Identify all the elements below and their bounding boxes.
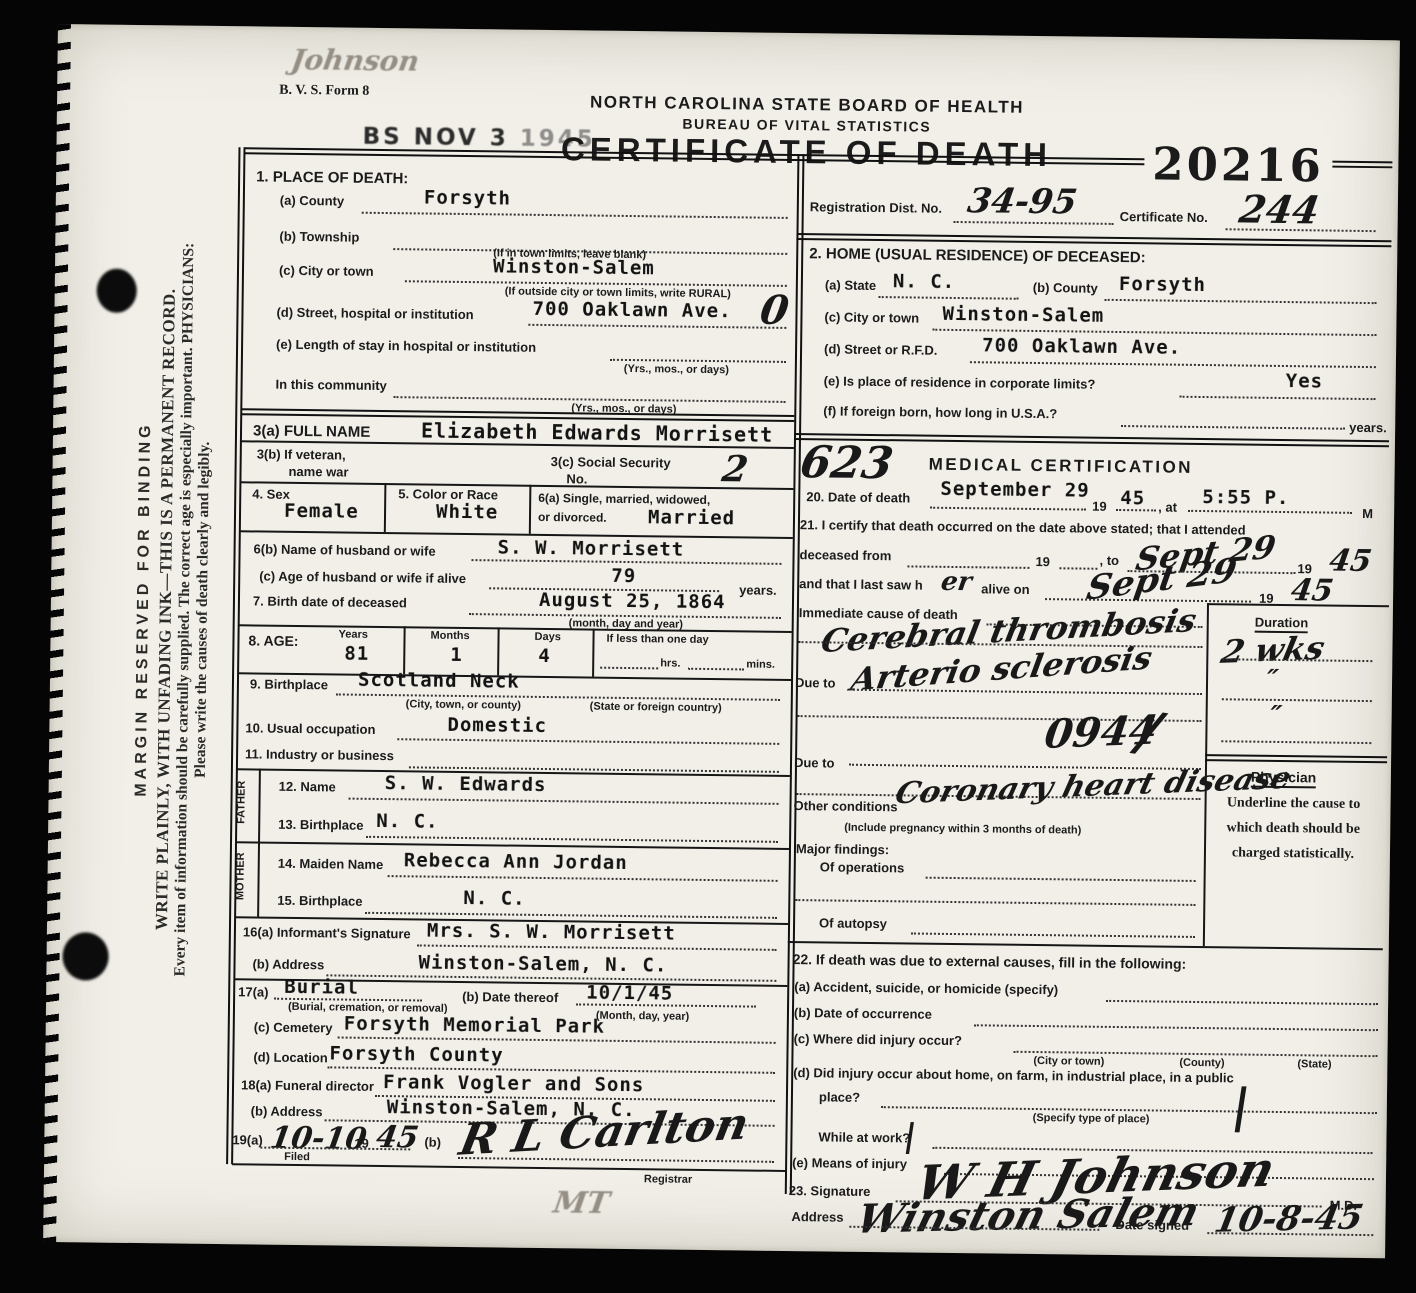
- stay-label: (e) Length of stay in hospital or instit…: [276, 337, 536, 355]
- cemetery-label: (c) Cemetery: [254, 1019, 333, 1035]
- fill-line: [911, 932, 1195, 937]
- age-days-value: 4: [538, 645, 551, 667]
- dod-year-pre: 19: [1092, 499, 1107, 514]
- date-signed-label: Date signed: [1115, 1217, 1189, 1233]
- age-years-value: 81: [344, 643, 369, 665]
- spouse-age-suffix: years.: [739, 582, 777, 597]
- fill-line: [930, 507, 1086, 511]
- marital-value: Married: [648, 506, 735, 529]
- fill-line: [397, 738, 779, 745]
- city-label: (c) City or town: [279, 263, 374, 279]
- marital-label: 6(a) Single, married, widowed,: [538, 491, 710, 507]
- binding-margin-text: MARGIN RESERVED FOR BINDING WRITE PLAINL…: [128, 63, 218, 1156]
- burial-type-value: Burial: [284, 976, 359, 999]
- stay-note: (Yrs., mos., or days): [624, 363, 729, 376]
- certify-statement: 21. I certify that death occurred on the…: [800, 517, 1246, 537]
- section-line: [788, 941, 1383, 950]
- burial-date-value: 10/1/45: [586, 982, 673, 1005]
- alive-on-label: alive on: [981, 581, 1030, 597]
- other-conditions-note: (Include pregnancy within 3 months of de…: [844, 822, 1081, 837]
- filed-label-a: 19(a): [232, 1132, 263, 1147]
- spouse-value: S. W. Morrisett: [498, 536, 685, 560]
- medical-certification-heading: MEDICAL CERTIFICATION: [929, 455, 1194, 478]
- birthplace-note-2: (State or foreign country): [590, 701, 722, 715]
- attended-from-label: deceased from: [799, 547, 891, 563]
- form-number: B. V. S. Form 8: [279, 83, 369, 100]
- birthplace-label: 9. Birthplace: [250, 676, 328, 692]
- certificate-no-value: 244: [1236, 186, 1322, 232]
- fill-line: [366, 836, 778, 843]
- fill-line: [974, 1024, 1378, 1031]
- corporate-limits-label: (e) Is place of residence in corporate l…: [824, 373, 1096, 391]
- major-findings-label: Major findings:: [796, 841, 889, 857]
- burial-location-label: (d) Location: [253, 1049, 328, 1065]
- funeral-director-value: Frank Vogler and Sons: [383, 1071, 644, 1096]
- age-box-top: [239, 624, 792, 633]
- signature-label: 23. Signature: [789, 1183, 871, 1199]
- age-hrs-label: hrs.: [660, 657, 680, 669]
- fill-line: [954, 221, 1114, 225]
- sig-address-handwritten: Winston Salem: [852, 1188, 1205, 1242]
- certificate-form: Johnson B. V. S. Form 8 BS NOV 3 1945 NO…: [231, 26, 1400, 1255]
- external-e-label: (e) Means of injury: [792, 1155, 907, 1171]
- of-autopsy-label: Of autopsy: [819, 915, 887, 931]
- age-less-label: If less than one day: [606, 633, 708, 646]
- burial-date-label: (b) Date thereof: [462, 989, 558, 1005]
- home-city-label: (c) City or town: [824, 309, 919, 325]
- external-d-label-2: place?: [819, 1089, 860, 1105]
- stray-pen-mark-2: |: [1229, 1078, 1254, 1132]
- date-of-death-label: 20. Date of death: [806, 489, 910, 505]
- fill-line: [1116, 509, 1156, 511]
- fill-line: [688, 668, 744, 671]
- age-heading: 8. AGE:: [248, 632, 298, 649]
- informant-sig-value: Mrs. S. W. Morrisett: [427, 920, 676, 945]
- birthplace-value: Scotland Neck: [358, 669, 520, 693]
- ditto-mark-2: ″: [1267, 701, 1283, 731]
- dod-time-value: 5:55 P.: [1202, 486, 1289, 509]
- cell-line: [592, 629, 595, 677]
- mother-birthplace-value: N. C.: [463, 887, 525, 910]
- cell-line: [497, 627, 500, 675]
- home-street-value: 700 Oaklawn Ave.: [982, 334, 1181, 358]
- county-label: (a) County: [280, 193, 344, 209]
- fill-line: [362, 212, 788, 219]
- spouse-label: 6(b) Name of husband or wife: [254, 541, 436, 558]
- certificate-page: MARGIN RESERVED FOR BINDING WRITE PLAINL…: [43, 24, 1400, 1258]
- home-street-label: (d) Street or R.F.D.: [824, 341, 938, 357]
- fill-line: [795, 899, 1195, 906]
- birthdate-label: 7. Birth date of deceased: [253, 593, 407, 610]
- ditto-mark-1: ″: [1264, 665, 1280, 695]
- torn-edge: [39, 24, 71, 1242]
- age-months-value: 1: [450, 644, 463, 666]
- father-name-label: 12. Name: [279, 779, 336, 795]
- external-c-note-3: (State): [1297, 1058, 1331, 1070]
- corporate-limits-value: Yes: [1286, 370, 1324, 392]
- age-mins-label: mins.: [746, 658, 775, 670]
- external-b-label: (b) Date of occurrence: [794, 1005, 932, 1022]
- dod-m-label: M: [1362, 506, 1373, 521]
- city-value: Winston-Salem: [493, 255, 655, 279]
- place-of-death-heading: 1. PLACE OF DEATH:: [256, 168, 408, 187]
- marital-label-2: or divorced.: [538, 510, 607, 525]
- fill-line: [600, 667, 658, 670]
- fill-line: [528, 324, 786, 329]
- township-label: (b) Township: [279, 229, 359, 245]
- occupation-value: Domestic: [447, 714, 547, 737]
- industry-label: 11. Industry or business: [245, 746, 394, 763]
- fill-line: [1221, 740, 1371, 744]
- sig-address-label: Address: [791, 1209, 843, 1225]
- due-to-1-label: Due to: [795, 675, 836, 690]
- fill-line: [1121, 425, 1345, 430]
- fill-line: [417, 944, 777, 950]
- mother-birthplace-label: 15. Birthplace: [277, 893, 362, 909]
- informant-addr-value: Winston-Salem, N. C.: [418, 951, 667, 976]
- cell-line: [384, 483, 387, 532]
- date-of-death-value: September 29: [940, 478, 1090, 502]
- fill-line: [388, 875, 778, 882]
- age-days-label: Days: [534, 631, 560, 643]
- fill-line: [349, 798, 779, 805]
- fill-line: [970, 361, 1376, 368]
- external-a-label: (a) Accident, suicide, or homicide (spec…: [794, 979, 1058, 997]
- birthdate-value: August 25, 1864: [539, 589, 726, 613]
- father-birthplace-label: 13. Birthplace: [278, 817, 363, 833]
- informant-sig-label: 16(a) Informant's Signature: [243, 924, 411, 941]
- due-to-2-label: Due to: [794, 755, 835, 770]
- county-value: Forsyth: [424, 186, 511, 209]
- home-heading: 2. HOME (USUAL RESIDENCE) OF DECEASED:: [809, 245, 1146, 266]
- row-line: [236, 841, 789, 850]
- full-name-label: 3(a) FULL NAME: [253, 422, 370, 440]
- veteran-label: 3(b) If veteran,: [257, 446, 346, 462]
- ssn-label-2: No.: [566, 471, 587, 486]
- burial-type-label: 17(a): [238, 984, 269, 999]
- stray-pen-mark-1: |: [902, 1116, 919, 1154]
- external-d-note: (Specify type of place): [1033, 1112, 1150, 1125]
- foreign-born-suffix: years.: [1349, 420, 1387, 435]
- father-birthplace-value: N. C.: [376, 810, 438, 833]
- pencil-annotation-name: Johnson: [289, 43, 421, 77]
- saw-er-handwritten: er: [939, 567, 974, 597]
- row-line: [240, 481, 793, 490]
- filed-label-b: (b): [424, 1135, 441, 1150]
- race-value: White: [436, 501, 498, 524]
- ssn-handwritten: 2: [719, 448, 750, 490]
- mother-side-label: MOTHER: [234, 851, 247, 901]
- last-saw-label: and that I last saw h: [799, 576, 923, 593]
- registration-dist-label: Registration Dist. No.: [810, 199, 942, 216]
- external-c-label: (c) Where did injury occur?: [794, 1031, 962, 1048]
- fill-line: [1222, 698, 1372, 702]
- spouse-age-label: (c) Age of husband or wife if alive: [259, 569, 466, 587]
- home-state-value: N. C.: [893, 270, 955, 293]
- form-bottom-line: [232, 1163, 785, 1172]
- birthplace-note-1: (City, town, or county): [406, 698, 521, 711]
- veteran-label-2: name war: [288, 464, 348, 480]
- burial-location-value: Forsyth County: [329, 1042, 503, 1066]
- from-19: 19: [1035, 554, 1050, 569]
- other-conditions-label: Other conditions: [793, 798, 897, 814]
- ssn-label: 3(c) Social Security: [551, 454, 671, 470]
- external-causes-heading: 22. If death was due to external causes,…: [793, 951, 1187, 972]
- of-operations-label: Of operations: [820, 859, 905, 875]
- fill-line: [879, 296, 1019, 300]
- dod-year-value: 45: [1120, 487, 1145, 509]
- registration-dist-value: 34-95: [965, 181, 1080, 222]
- external-d-label: (d) Did injury occur about home, on farm…: [793, 1065, 1234, 1085]
- community-label: In this community: [276, 377, 387, 393]
- form-left-border: [226, 147, 245, 1164]
- while-at-work-label: While at work?: [818, 1129, 910, 1145]
- fill-line: [926, 877, 1196, 882]
- father-side-label: FATHER: [235, 777, 248, 827]
- punch-hole-bottom: [62, 932, 109, 981]
- fill-line: [336, 693, 780, 700]
- burial-date-note: (Month, day, year): [596, 1010, 689, 1023]
- registrar-note: Registrar: [644, 1173, 692, 1186]
- home-county-value: Forsyth: [1119, 273, 1206, 296]
- father-name-value: S. W. Edwards: [385, 772, 547, 796]
- physician-note: Underline the cause to which death shoul…: [1214, 790, 1373, 867]
- fill-line: [576, 1003, 756, 1007]
- informant-addr-label: (b) Address: [252, 956, 324, 972]
- physician-box-top: [1205, 754, 1387, 763]
- funeral-addr-label: (b) Address: [251, 1103, 323, 1119]
- external-c-note-1: (City or town): [1033, 1055, 1104, 1068]
- filed-note: Filed: [284, 1151, 310, 1163]
- age-years-label: Years: [338, 628, 368, 640]
- fill-line: [1105, 299, 1377, 304]
- home-city-value: Winston-Salem: [942, 303, 1104, 327]
- home-county-label: (b) County: [1033, 280, 1098, 296]
- street-value: 700 Oaklawn Ave.: [532, 298, 731, 322]
- scanned-death-certificate: { "header": { "pencil_name": "Johnson", …: [0, 0, 1416, 1293]
- code-handwritten: 623: [797, 437, 897, 489]
- funeral-director-label: 18(a) Funeral director: [241, 1077, 374, 1094]
- cell-line: [403, 626, 406, 674]
- cell-line: [529, 485, 532, 534]
- fill-line: [1180, 396, 1376, 400]
- age-months-label: Months: [430, 630, 469, 642]
- street-label: (d) Street, hospital or institution: [276, 305, 473, 322]
- home-state-label: (a) State: [825, 277, 876, 293]
- certificate-no-label: Certificate No.: [1120, 209, 1208, 225]
- fill-line: [1106, 1000, 1378, 1005]
- foreign-born-label: (f) If foreign born, how long in U.S.A.?: [823, 403, 1057, 421]
- mother-name-value: Rebecca Ann Jordan: [404, 849, 628, 874]
- occupation-label: 10. Usual occupation: [245, 720, 375, 737]
- pencil-initials: MT: [551, 1185, 612, 1221]
- mother-name-label: 14. Maiden Name: [278, 856, 384, 872]
- external-c-note-2: (County): [1179, 1057, 1224, 1070]
- spouse-age-value: 79: [611, 565, 636, 587]
- punch-hole-top: [96, 268, 137, 312]
- dod-at-label: , at: [1158, 499, 1177, 514]
- fill-line: [1188, 510, 1352, 514]
- serial-number: 20216: [1144, 137, 1332, 192]
- sex-value: Female: [284, 500, 359, 523]
- cemetery-value: Forsyth Memorial Park: [344, 1013, 605, 1038]
